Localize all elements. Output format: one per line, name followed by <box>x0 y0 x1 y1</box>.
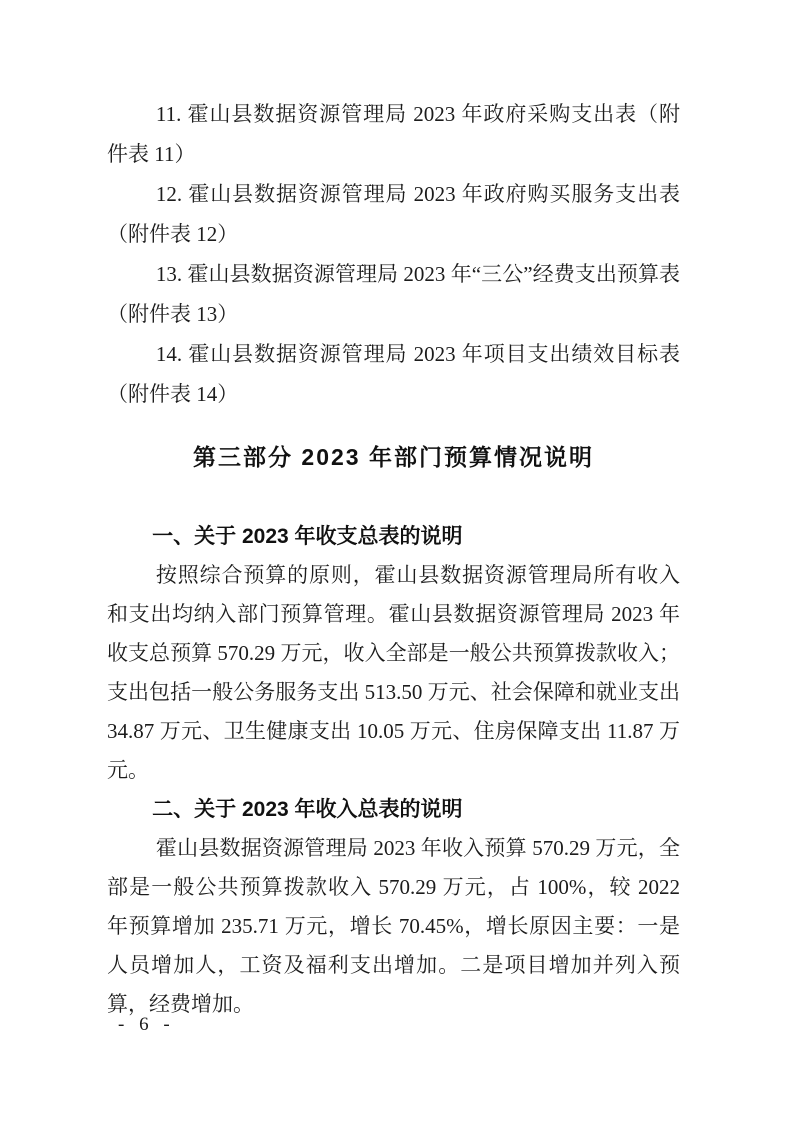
attachment-item-13: 13. 霍山县数据资源管理局 2023 年“三公”经费支出预算表（附件表 13） <box>107 254 680 334</box>
section-heading-income: 二、关于 2023 年收入总表的说明 <box>107 790 680 829</box>
attachment-item-14: 14. 霍山县数据资源管理局 2023 年项目支出绩效目标表（附件表 14） <box>107 334 680 414</box>
section-body-income: 霍山县数据资源管理局 2023 年收入预算 570.29 万元，全部是一般公共预… <box>107 829 680 1024</box>
page-number: - 6 - <box>118 1010 175 1040</box>
attachment-item-12: 12. 霍山县数据资源管理局 2023 年政府购买服务支出表（附件表 12） <box>107 174 680 254</box>
section-heading-income-expenditure: 一、关于 2023 年收支总表的说明 <box>107 517 680 556</box>
document-page: 11. 霍山县数据资源管理局 2023 年政府采购支出表（附件表 11） 12.… <box>0 0 793 1122</box>
section-body-income-expenditure: 按照综合预算的原则，霍山县数据资源管理局所有收入和支出均纳入部门预算管理。霍山县… <box>107 556 680 790</box>
part-title: 第三部分 2023 年部门预算情况说明 <box>107 441 680 473</box>
attachment-item-11: 11. 霍山县数据资源管理局 2023 年政府采购支出表（附件表 11） <box>107 94 680 174</box>
attachment-list: 11. 霍山县数据资源管理局 2023 年政府采购支出表（附件表 11） 12.… <box>107 94 680 414</box>
